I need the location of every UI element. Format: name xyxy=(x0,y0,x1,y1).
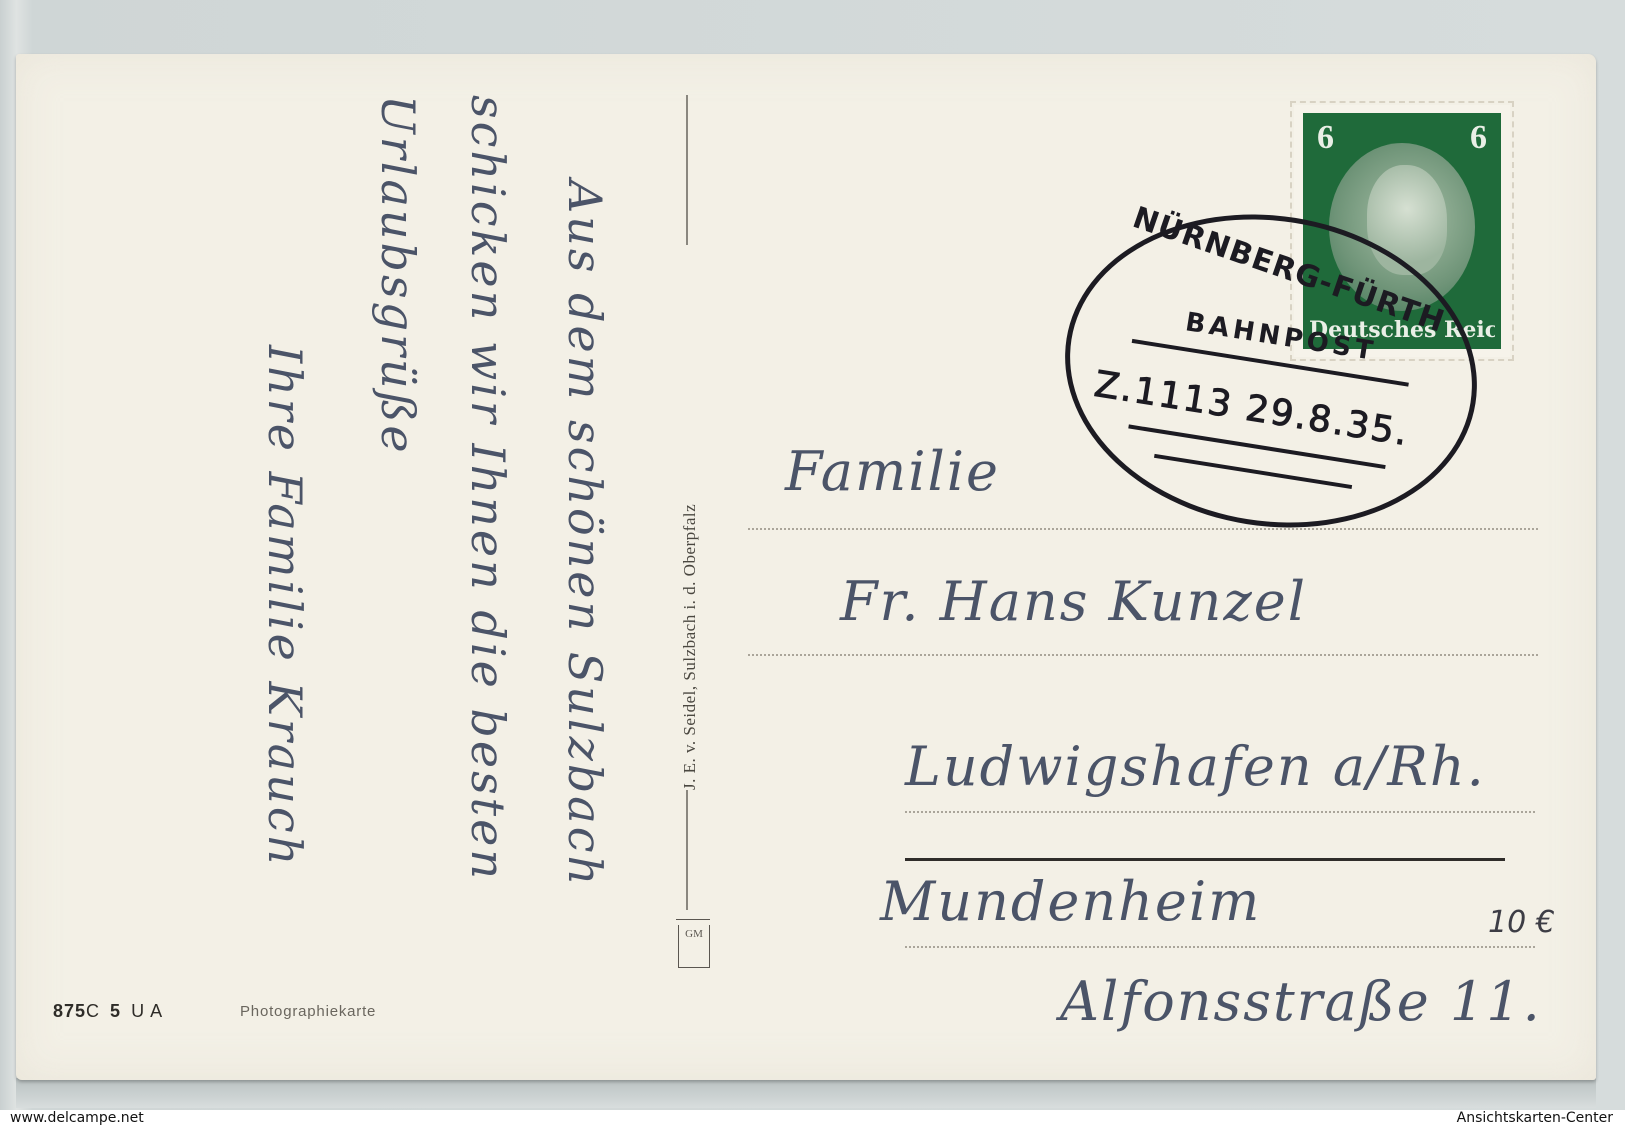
watermark-left: www.delcampe.net xyxy=(10,1110,144,1126)
address-line-1: Familie xyxy=(785,440,1000,503)
card-series-letter: C xyxy=(86,1001,100,1021)
card-bottom-edge xyxy=(16,1078,1596,1108)
address-underline xyxy=(905,858,1505,861)
address-line-5: Alfonsstraße 11. xyxy=(1060,970,1542,1033)
stamp-value-left: 6 xyxy=(1317,119,1334,157)
message-line-4: Ihre Familie Krauch xyxy=(258,345,312,868)
watermark-right: Ansichtskarten-Center xyxy=(1457,1110,1613,1126)
card-series-number: 5 xyxy=(110,1001,121,1021)
card-type-label: Photographiekarte xyxy=(240,1003,376,1020)
message-line-3: Urlaubsgrüße xyxy=(371,95,425,456)
center-divider-top xyxy=(686,95,688,245)
address-line-3: Ludwigshafen a/Rh. xyxy=(905,735,1486,798)
center-divider-bottom xyxy=(686,790,688,910)
message-line-2: schicken wir Ihnen die besten xyxy=(461,95,515,882)
address-dotted-line-2 xyxy=(748,654,1538,656)
card-suffix: U A xyxy=(131,1001,163,1021)
address-line-4: Mundenheim xyxy=(880,870,1261,933)
card-number: 875 xyxy=(53,1001,86,1021)
address-dotted-line-3 xyxy=(905,811,1535,813)
publisher-imprint: J. E. v. Seidel, Sulzbach i. d. Oberpfal… xyxy=(680,504,700,790)
message-line-1: Aus dem schönen Sulzbach xyxy=(558,180,612,888)
price-note: 10 € xyxy=(1488,905,1555,940)
postmark-type: BAHNPOST xyxy=(1183,307,1378,367)
publisher-logo: GM xyxy=(678,925,710,968)
address-line-2: Fr. Hans Kunzel xyxy=(840,570,1307,633)
stamp-value-right: 6 xyxy=(1470,119,1487,157)
address-dotted-line-4 xyxy=(905,946,1535,948)
card-code: 875C5U A xyxy=(53,1001,163,1022)
address-dotted-line-1 xyxy=(748,528,1538,530)
